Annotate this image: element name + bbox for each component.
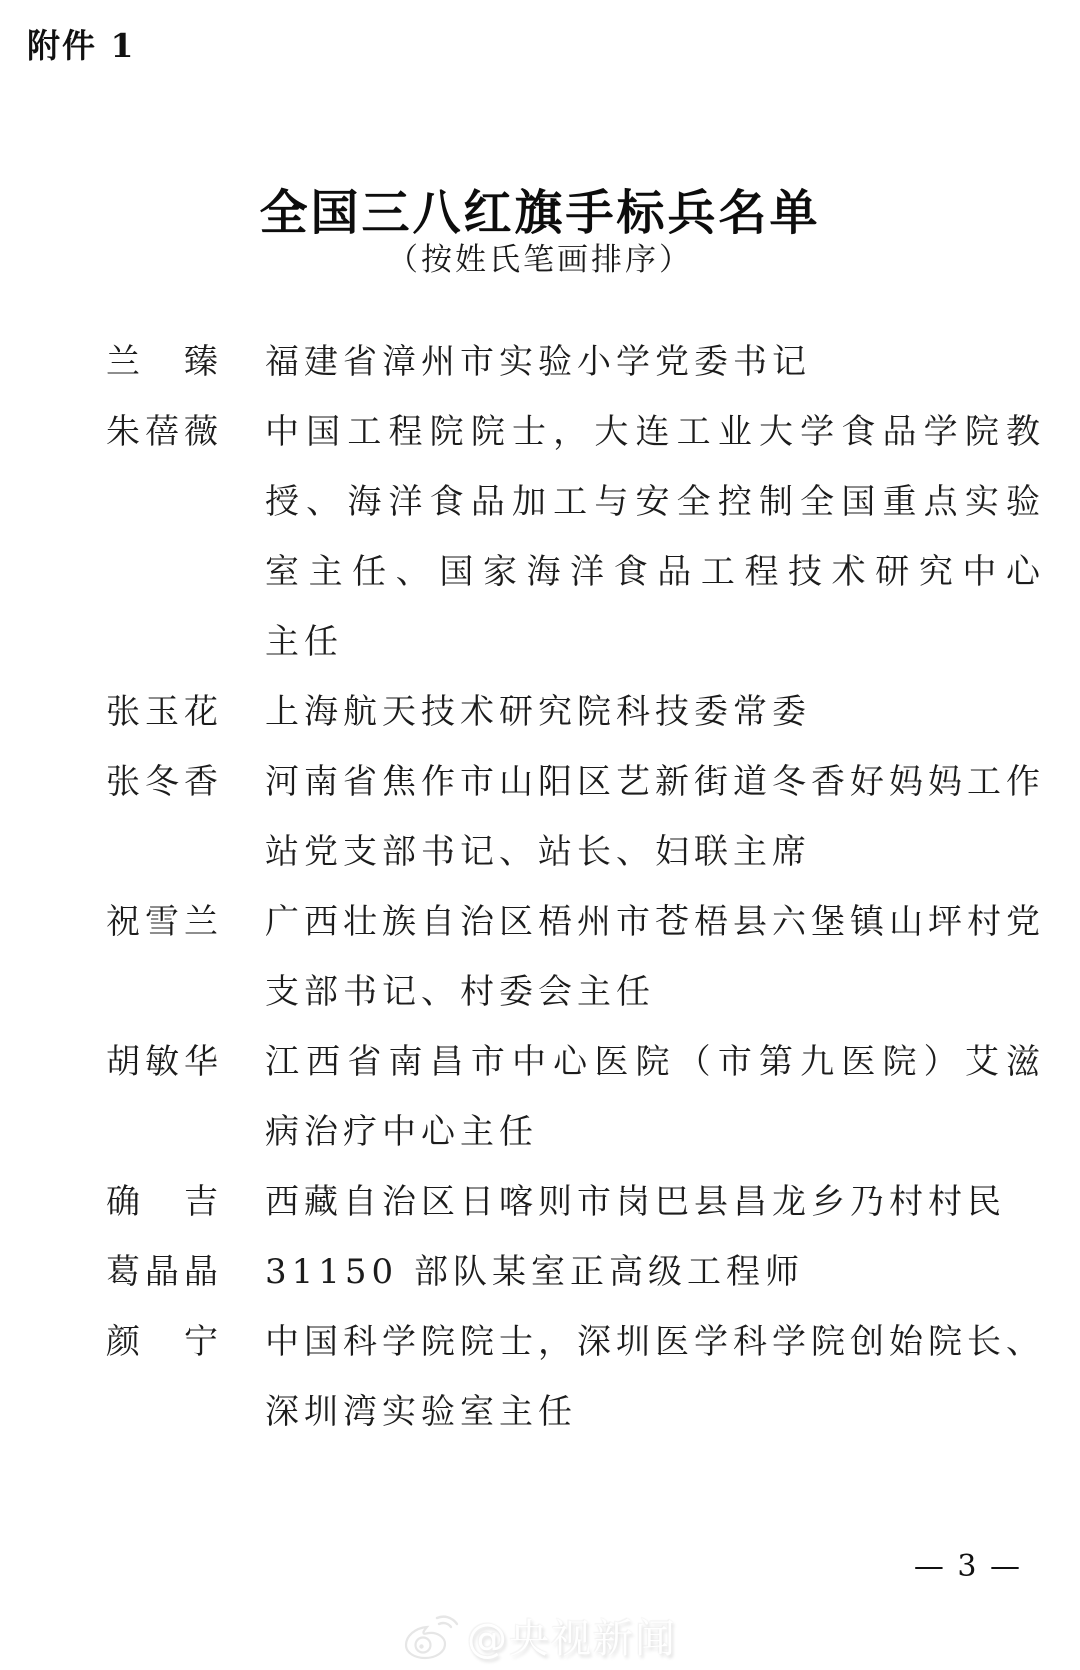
- awardee-name: 葛晶晶: [106, 1237, 218, 1307]
- list-item: 颜宁中国科学院院士，深圳医学科学院创始院长、深圳湾实验室主任: [106, 1307, 1045, 1447]
- document-page: 附件 1 全国三八红旗手标兵名单 （按姓氏笔画排序） 兰臻福建省漳州市实验小学党…: [0, 0, 1080, 1670]
- description-line: 室主任、国家海洋食品工程技术研究中心: [265, 537, 1045, 607]
- description-line: 病治疗中心主任: [265, 1097, 1045, 1167]
- description-line: 江西省南昌市中心医院（市第九医院）艾滋: [265, 1027, 1045, 1097]
- awardee-name: 祝雪兰: [106, 887, 218, 957]
- description-line: 福建省漳州市实验小学党委书记: [265, 327, 1045, 397]
- description-line: 上海航天技术研究院科技委常委: [265, 677, 1045, 747]
- page-title: 全国三八红旗手标兵名单: [0, 182, 1080, 244]
- list-item: 确吉西藏自治区日喀则市岗巴县昌龙乡乃村村民: [106, 1167, 1045, 1237]
- description-line: 中国工程院院士，大连工业大学食品学院教: [265, 397, 1045, 467]
- awardee-description: 31150 部队某室正高级工程师: [265, 1237, 1045, 1307]
- awardee-name: 颜宁: [106, 1307, 218, 1377]
- description-line: 站党支部书记、站长、妇联主席: [265, 817, 1045, 887]
- description-line: 广西壮族自治区梧州市苍梧县六堡镇山坪村党: [265, 887, 1045, 957]
- awardee-description: 中国科学院院士，深圳医学科学院创始院长、深圳湾实验室主任: [265, 1307, 1045, 1447]
- description-line: 西藏自治区日喀则市岗巴县昌龙乡乃村村民: [265, 1167, 1045, 1237]
- list-item: 朱蓓薇中国工程院院士，大连工业大学食品学院教授、海洋食品加工与安全控制全国重点实…: [106, 397, 1045, 677]
- subtitle: （按姓氏笔画排序）: [0, 238, 1080, 282]
- description-line: 河南省焦作市山阳区艺新街道冬香好妈妈工作: [265, 747, 1045, 817]
- awardee-name: 朱蓓薇: [106, 397, 218, 467]
- awardee-name: 张玉花: [106, 677, 218, 747]
- watermark-text: @央视新闻: [467, 1614, 677, 1664]
- awardee-name: 张冬香: [106, 747, 218, 817]
- awardee-name: 兰臻: [106, 327, 218, 397]
- awardee-description: 河南省焦作市山阳区艺新街道冬香好妈妈工作站党支部书记、站长、妇联主席: [265, 747, 1045, 887]
- description-line: 深圳湾实验室主任: [265, 1377, 1045, 1447]
- list-item: 胡敏华江西省南昌市中心医院（市第九医院）艾滋病治疗中心主任: [106, 1027, 1045, 1167]
- awardee-description: 广西壮族自治区梧州市苍梧县六堡镇山坪村党支部书记、村委会主任: [265, 887, 1045, 1027]
- awardee-description: 福建省漳州市实验小学党委书记: [265, 327, 1045, 397]
- list-item: 葛晶晶31150 部队某室正高级工程师: [106, 1237, 1045, 1307]
- awardee-description: 江西省南昌市中心医院（市第九医院）艾滋病治疗中心主任: [265, 1027, 1045, 1167]
- awardee-list: 兰臻福建省漳州市实验小学党委书记朱蓓薇中国工程院院士，大连工业大学食品学院教授、…: [106, 327, 1045, 1447]
- page-number: — 3 —: [914, 1549, 1022, 1585]
- description-line: 主任: [265, 607, 1045, 677]
- weibo-icon: [403, 1612, 461, 1666]
- list-item: 兰臻福建省漳州市实验小学党委书记: [106, 327, 1045, 397]
- attachment-label: 附件 1: [27, 20, 135, 67]
- description-line: 支部书记、村委会主任: [265, 957, 1045, 1027]
- awardee-description: 中国工程院院士，大连工业大学食品学院教授、海洋食品加工与安全控制全国重点实验室主…: [265, 397, 1045, 677]
- awardee-name: 确吉: [106, 1167, 218, 1237]
- description-line: 授、海洋食品加工与安全控制全国重点实验: [265, 467, 1045, 537]
- awardee-description: 西藏自治区日喀则市岗巴县昌龙乡乃村村民: [265, 1167, 1045, 1237]
- list-item: 张玉花上海航天技术研究院科技委常委: [106, 677, 1045, 747]
- watermark: @央视新闻: [403, 1612, 677, 1666]
- awardee-description: 上海航天技术研究院科技委常委: [265, 677, 1045, 747]
- list-item: 祝雪兰广西壮族自治区梧州市苍梧县六堡镇山坪村党支部书记、村委会主任: [106, 887, 1045, 1027]
- awardee-name: 胡敏华: [106, 1027, 218, 1097]
- description-line: 中国科学院院士，深圳医学科学院创始院长、: [265, 1307, 1045, 1377]
- list-item: 张冬香河南省焦作市山阳区艺新街道冬香好妈妈工作站党支部书记、站长、妇联主席: [106, 747, 1045, 887]
- description-line: 31150 部队某室正高级工程师: [265, 1237, 1045, 1307]
